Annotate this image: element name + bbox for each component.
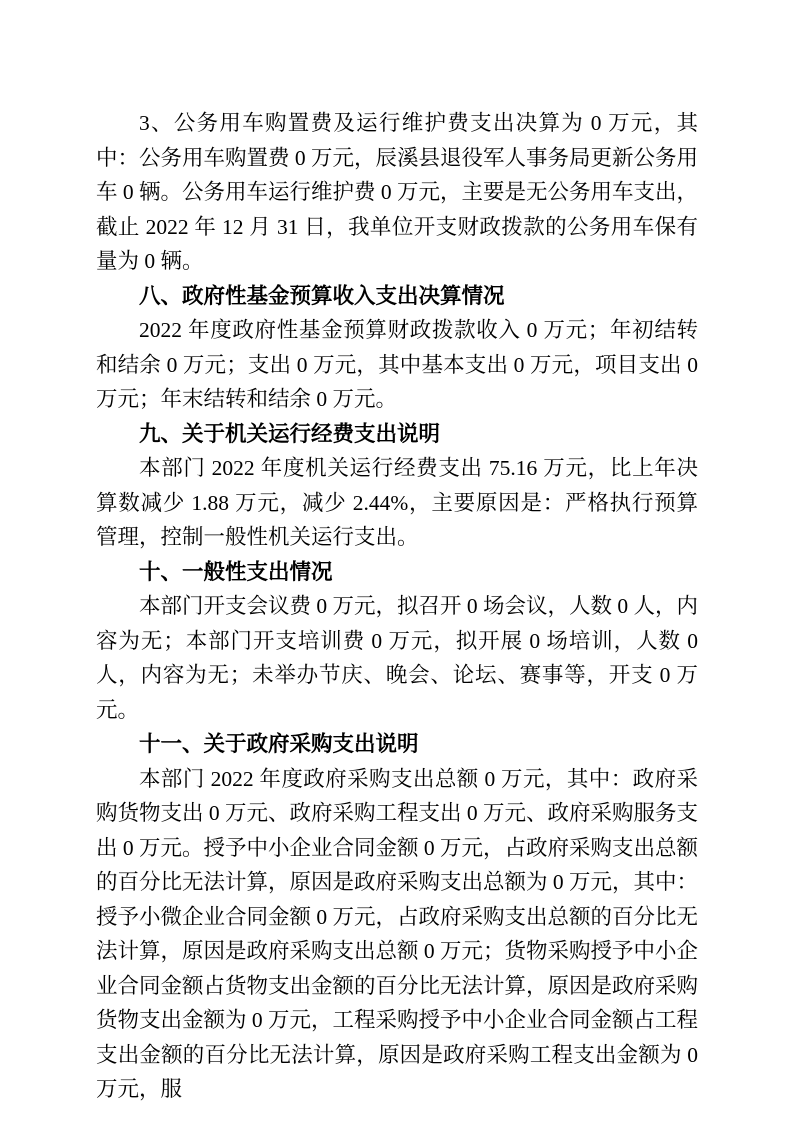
heading-section-ten-general-expenditure: 十、一般性支出情况: [96, 555, 698, 590]
paragraph-general-expenditure: 本部门开支会议费 0 万元，拟召开 0 场会议，人数 0 人，内容为无；本部门开…: [96, 589, 698, 727]
paragraph-official-vehicle-expense: 3、公务用车购置费及运行维护费支出决算为 0 万元，其中：公务用车购置费 0 万…: [96, 106, 698, 279]
heading-section-nine-agency-operating-expense: 九、关于机关运行经费支出说明: [96, 417, 698, 452]
paragraph-gov-fund-budget: 2022 年度政府性基金预算财政拨款收入 0 万元；年初结转和结余 0 万元；支…: [96, 313, 698, 417]
document-body: 3、公务用车购置费及运行维护费支出决算为 0 万元，其中：公务用车购置费 0 万…: [96, 106, 698, 1107]
heading-section-eleven-gov-procurement: 十一、关于政府采购支出说明: [96, 727, 698, 762]
paragraph-agency-operating-expense: 本部门 2022 年度机关运行经费支出 75.16 万元，比上年决算数减少 1.…: [96, 451, 698, 555]
heading-section-eight-gov-fund-budget: 八、政府性基金预算收入支出决算情况: [96, 279, 698, 314]
paragraph-gov-procurement: 本部门 2022 年度政府采购支出总额 0 万元，其中：政府采购货物支出 0 万…: [96, 762, 698, 1107]
document-page: 3、公务用车购置费及运行维护费支出决算为 0 万元，其中：公务用车购置费 0 万…: [0, 0, 793, 1122]
